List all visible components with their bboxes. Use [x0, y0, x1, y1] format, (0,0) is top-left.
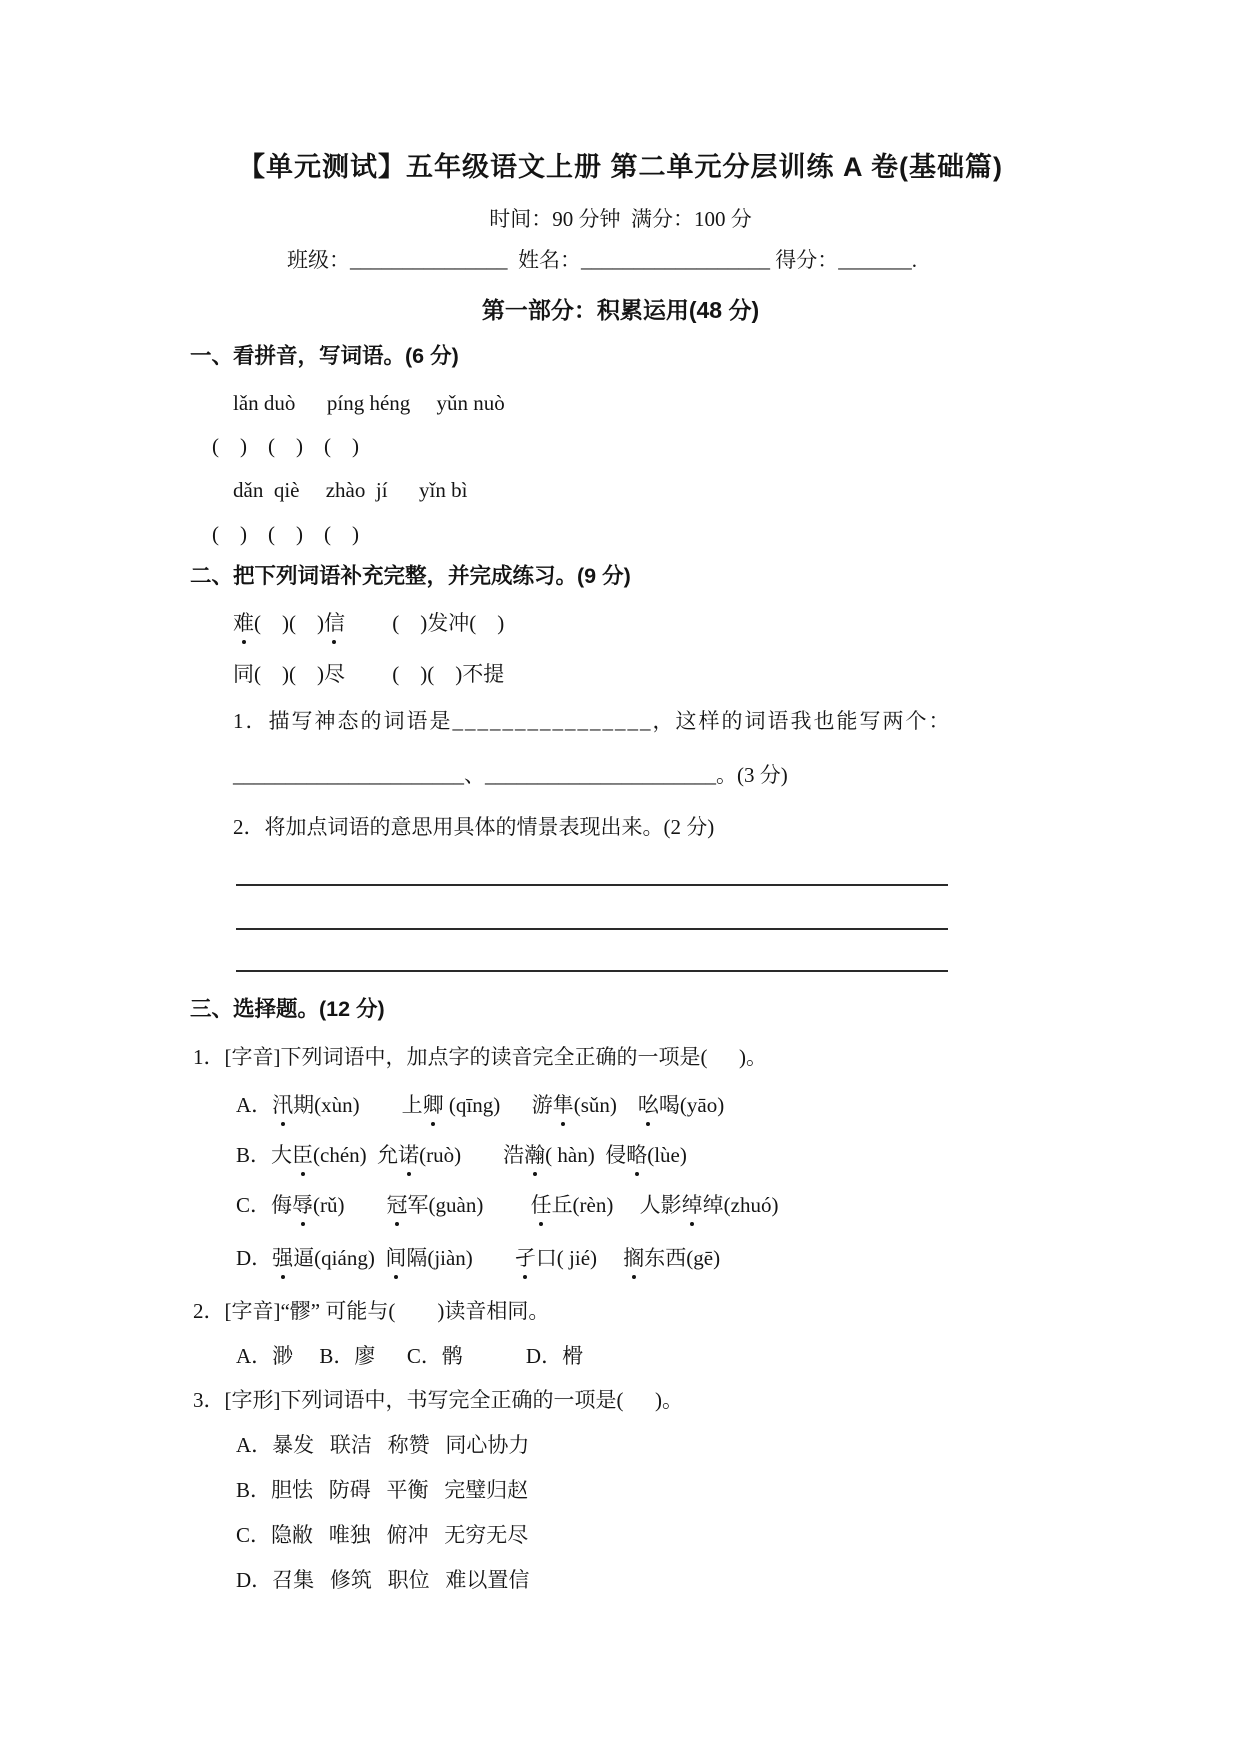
pinyin-row-1: lǎn duò píng héng yǔn nuò [233, 390, 505, 417]
answer-parens-row-2: ( ) ( ) ( ) [212, 521, 359, 548]
sub-question-2: 2．将加点词语的意思用具体的情景表现出来。(2 分) [233, 814, 714, 841]
answer-line [236, 884, 948, 886]
section2-heading: 二、把下列词语补充完整，并完成练习。(9 分) [190, 563, 631, 591]
answer-line [236, 970, 948, 972]
exam-meta: 时间：90 分钟 满分：100 分 [0, 206, 1241, 233]
mc-q1-option-c: C．侮辱(rǔ) 冠军(guàn) 任丘(rèn) 人影绰绰(zhuó) [236, 1192, 778, 1219]
mc-q3-option-c: C．隐敝 唯独 俯冲 无穷无尽 [236, 1522, 528, 1549]
mc-q3-option-b: B．胆怯 防碍 平衡 完璧归赵 [236, 1477, 528, 1504]
pinyin-row-2: dǎn qiè zhào jí yǐn bì [233, 477, 467, 504]
mc-q3-option-d: D．召集 修筑 职位 难以置信 [236, 1567, 529, 1594]
mc-q1-option-d: D．强逼(qiáng) 间隔(jiàn) 孑口( jié) 搁东西(gē) [236, 1245, 720, 1272]
word-fill-row-2: 同( )( )尽 ( )( )不提 [233, 661, 504, 688]
student-info-fields: 班级：_______________ 姓名：__________________… [287, 247, 917, 274]
section3-heading: 三、选择题。(12 分) [190, 996, 385, 1024]
mc-question-1-stem: 1．[字音]下列词语中，加点字的读音完全正确的一项是( )。 [193, 1044, 767, 1071]
part1-heading: 第一部分：积累运用(48 分) [0, 296, 1241, 326]
mc-question-3-stem: 3．[字形]下列词语中，书写完全正确的一项是( )。 [193, 1387, 683, 1414]
sub-question-1-continuation: ______________________、_________________… [233, 762, 788, 789]
mc-q1-option-a: A．汛期(xùn) 上卿 (qīng) 游隼(sǔn) 吆喝(yāo) [236, 1092, 724, 1119]
mc-q3-option-a: A．暴发 联洁 称赞 同心协力 [236, 1432, 529, 1459]
word-fill-row-1: 难( )( )信 ( )发冲( ) [233, 610, 504, 637]
sub-question-1: 1．描写神态的词语是________________，这样的词语我也能写两个： [233, 708, 952, 735]
mc-q1-option-b: B．大臣(chén) 允诺(ruò) 浩瀚( hàn) 侵略(lùe) [236, 1142, 687, 1169]
mc-question-2-stem: 2．[字音]“髎” 可能与( )读音相同。 [193, 1298, 549, 1325]
mc-q2-options: A．渺 B．廖 C．鹘 D．榾 [236, 1343, 583, 1370]
page-title: 【单元测试】五年级语文上册 第二单元分层训练 A 卷(基础篇) [0, 150, 1241, 185]
section1-heading: 一、看拼音，写词语。(6 分) [190, 343, 459, 371]
answer-line [236, 928, 948, 930]
exam-paper-page: 【单元测试】五年级语文上册 第二单元分层训练 A 卷(基础篇) 时间：90 分钟… [0, 0, 1241, 1754]
answer-parens-row-1: ( ) ( ) ( ) [212, 433, 359, 460]
